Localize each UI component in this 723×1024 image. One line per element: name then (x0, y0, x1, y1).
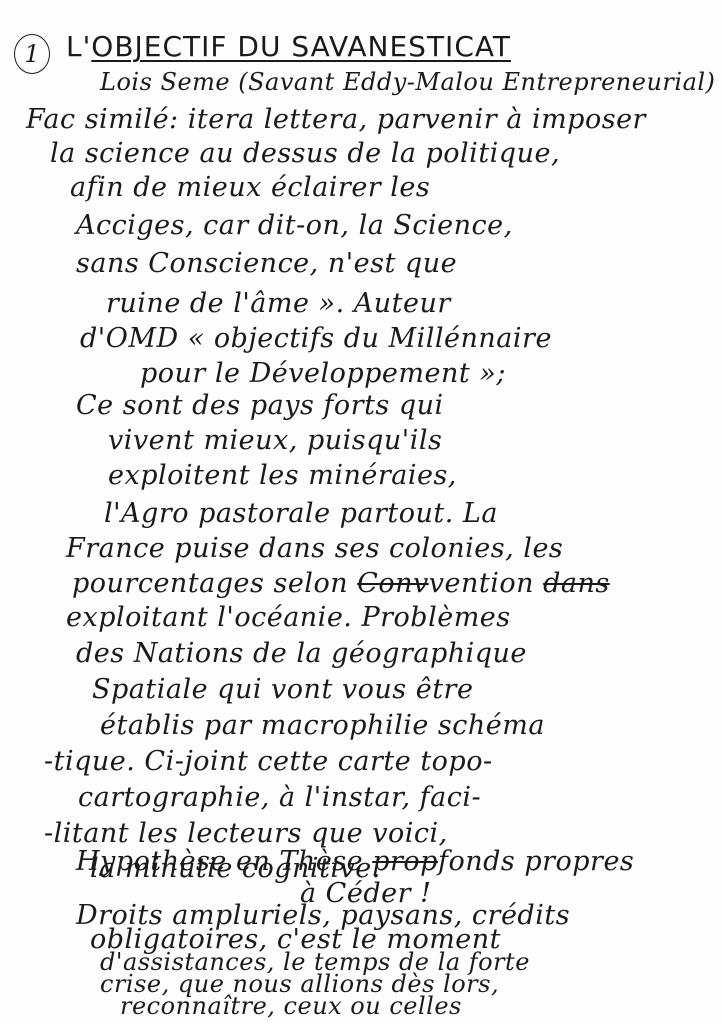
text-line: ruine de l'âme ». Auteur (106, 290, 451, 317)
text-line: Acciges, car dit-on, la Science, (76, 212, 513, 239)
struck-text: prop (372, 846, 438, 877)
text-segment: fonds propres (438, 846, 634, 877)
title-prefix: L' (66, 30, 91, 63)
text-line: sans Conscience, n'est que (76, 250, 457, 277)
text-line: -tique. Ci-joint cette carte topo- (44, 748, 493, 775)
text-segment: vention (429, 568, 543, 599)
subtitle-line: Lois Seme (Savant Eddy-Malou Entrepreneu… (100, 70, 715, 94)
text-line: Ce sont des pays forts qui (76, 392, 444, 419)
text-line: la science au dessus de la politique, (50, 140, 560, 167)
text-line: Fac similé: itera lettera, parvenir à im… (26, 106, 646, 133)
text-line: des Nations de la géographique (76, 640, 527, 667)
text-line: l'Agro pastorale partout. La (104, 500, 498, 527)
text-line: pour le Développement »; (140, 360, 506, 387)
text-line: afin de mieux éclairer les (70, 174, 430, 201)
text-line: exploitant l'océanie. Problèmes (66, 604, 511, 631)
text-line: exploitent les minéraies, (108, 462, 457, 489)
text-line: établis par macrophilie schéma (100, 712, 545, 739)
text-line: -litant les lecteurs que voici, (44, 820, 448, 847)
struck-text: dans (543, 568, 610, 599)
text-line: cartographie, à l'instar, faci- (78, 784, 481, 811)
text-segment: Hypothèse en Thèse (76, 846, 372, 877)
page-title: L'OBJECTIF DU SAVANESTICAT (66, 30, 511, 63)
title-underlined: OBJECTIF DU SAVANESTICAT (91, 30, 511, 63)
handwritten-page: 1 L'OBJECTIF DU SAVANESTICAT Lois Seme (… (0, 0, 723, 1024)
text-line-with-strikethrough: pourcentages selon Convvention dans (72, 570, 610, 597)
text-segment: pourcentages selon (72, 568, 357, 599)
text-line-with-strikethrough: Hypothèse en Thèse propfonds propres (76, 848, 634, 875)
section-number-circle: 1 (14, 34, 50, 74)
text-line: vivent mieux, puisqu'ils (108, 427, 442, 454)
text-line: Spatiale qui vont vous être (92, 676, 473, 703)
text-line: reconnaître, ceux ou celles (120, 994, 462, 1018)
struck-text: Conv (357, 568, 429, 599)
text-line: d'OMD « objectifs du Millénnaire (80, 325, 552, 352)
text-line: France puise dans ses colonies, les (66, 535, 563, 562)
